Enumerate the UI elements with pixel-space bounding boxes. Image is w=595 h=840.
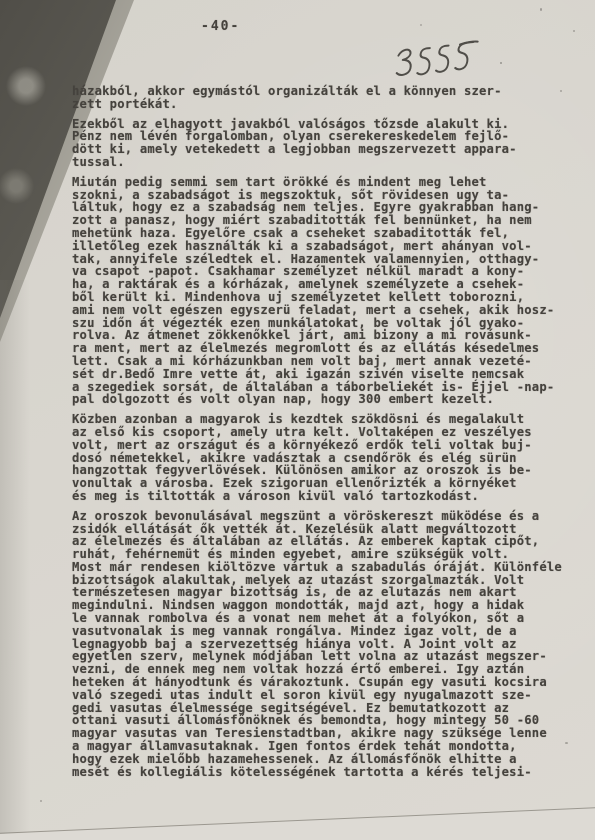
noise-speck — [96, 765, 99, 768]
page-number: -40- — [201, 19, 240, 34]
scanned-document-page: -40- házakból, akkor egymástól organizál… — [0, 0, 595, 840]
noise-speck — [573, 30, 575, 32]
paragraph-1: házakból, akkor egymástól organizálták e… — [72, 85, 564, 111]
noise-speck — [560, 90, 562, 92]
noise-speck — [565, 742, 568, 744]
noise-speck — [40, 800, 42, 802]
noise-speck — [540, 8, 542, 11]
handwriting-strokes — [386, 33, 486, 85]
noise-speck — [420, 24, 422, 26]
left-margin-shadow — [0, 280, 30, 840]
noise-speck — [310, 760, 312, 762]
paragraph-2: Ezekből az elhagyott javakból valóságos … — [72, 118, 564, 169]
noise-speck — [128, 772, 130, 774]
handwritten-number-3555 — [386, 33, 486, 89]
typewritten-text-block: házakból, akkor egymástól organizálták e… — [72, 85, 564, 785]
paragraph-4: Közben azonban a magyarok is kezdtek szö… — [72, 413, 564, 503]
noise-speck — [500, 62, 502, 64]
paragraph-5: Az oroszok bevonulásával megszünt a vörö… — [72, 510, 564, 779]
paragraph-3: Miután pedig semmi sem tart örökké és mi… — [72, 176, 564, 406]
